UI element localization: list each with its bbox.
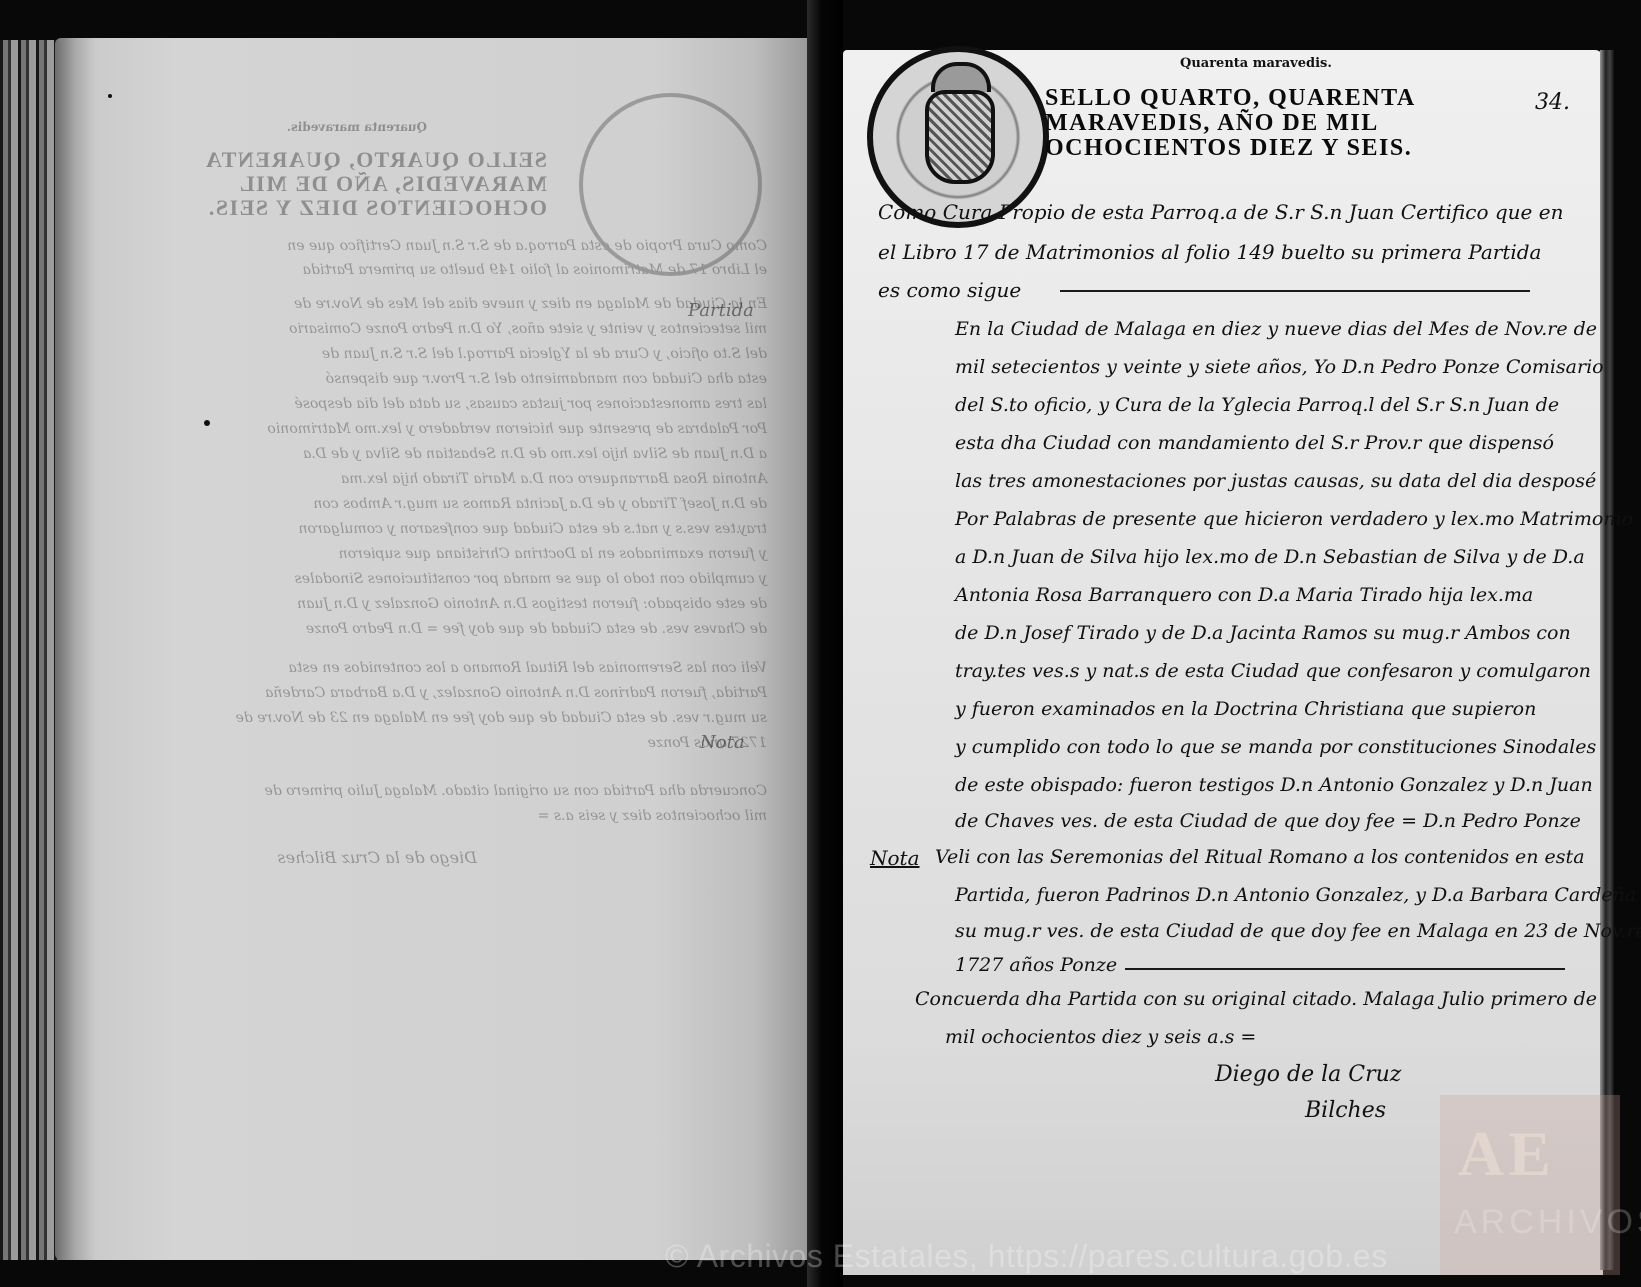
mirror-signature: Diego de la Cruz Bilches [277,848,477,867]
entry-line: las tres amonestaciones por justas causa… [955,470,1596,492]
entry-line: En la Ciudad de Malaga en diez y nueve d… [955,318,1597,340]
stamp-line: ochocientos diez y seis. [1045,136,1515,161]
copyright-watermark: © Archivos Estatales, https://pares.cult… [665,1238,1388,1275]
archive-logo-watermark: AE ARCHIVOS [1440,1095,1620,1275]
mirror-text-line: de este obispado: fueron testigos D.n An… [297,596,767,612]
certification-line: mil ochocientos diez y seis a.s = [945,1026,1256,1048]
header-line: es como sigue [878,278,1021,302]
nota-margin-label: Nota [870,846,920,870]
entry-line: Antonia Rosa Barranquero con D.a Maria T… [955,584,1533,606]
archive-logo-icon: AE [1458,1117,1555,1191]
note-line: Partida, fueron Padrinos D.n Antonio Gon… [955,884,1636,906]
left-page-bleed-through: Quarenta maravedis. Sello quarto, quaren… [55,38,807,1260]
stamped-paper-header: Sello quarto, quarenta maravedis, año de… [1045,86,1515,161]
stamp-line: Sello quarto, quarenta [1045,86,1515,111]
book-edge-right [1600,50,1614,1270]
mirror-text-line: tray.tes ves.s y nat.s de esta Ciudad qu… [298,521,767,537]
entry-line: Por Palabras de presente que hicieron ve… [955,508,1633,530]
entry-line: y cumplido con todo lo que se manda por … [955,736,1596,758]
stamp-value-line: Quarenta maravedis. [1180,56,1332,71]
entry-line: mil setecientos y veinte y siete años, Y… [955,356,1604,378]
book-gutter [807,0,843,1287]
line-filler-rule [1060,290,1530,292]
mirror-stamp-line: ochocientos diez y seis. [117,196,547,220]
signature-surname: Bilches [1305,1098,1386,1123]
mirror-stamp-line: Sello quarto, quarenta [117,148,547,172]
note-line: 1727 años Ponze [955,954,1117,976]
entry-line: del S.to oficio, y Cura de la Yglecia Pa… [955,394,1559,416]
mirror-text-line: su mug.r ves. de esta Ciudad de que doy … [236,710,767,726]
coat-of-arms-icon [925,90,995,184]
ink-spot [108,94,112,98]
certification-line: Concuerda dha Partida con su original ci… [915,988,1597,1010]
mirror-text-line: a D.n Juan de Silva hijo lex.mo de D.n S… [303,446,767,462]
entry-line: tray.tes ves.s y nat.s de esta Ciudad qu… [955,660,1591,682]
mirror-text-line: y cumplido con todo lo que se manda por … [295,571,767,587]
book-edge-left [0,40,60,1260]
margin-note-nota: Nota [700,732,745,753]
folio-number: 34. [1535,90,1570,115]
header-line: Como Cura Propio de esta Parroq.a de S.r… [878,200,1563,224]
crown-icon [931,62,991,92]
entry-line: de Chaves ves. de esta Ciudad de que doy… [955,810,1581,832]
mirror-text-line: mil ochocientos diez y seis a.s = [538,808,767,824]
mirror-stamp-title: Sello quarto, quarenta maravedis, año de… [117,148,547,220]
ink-spot [204,420,210,426]
entry-line: esta dha Ciudad con mandamiento del S.r … [955,432,1554,454]
header-line: el Libro 17 de Matrimonios al folio 149 … [878,240,1541,264]
mirror-stamp-line: maravedis, año de mil [117,172,547,196]
note-line: Veli con las Seremonias del Ritual Roman… [935,846,1585,868]
mirror-text-line: esta dha Ciudad con mandamiento del S.r … [326,371,767,387]
note-line: su mug.r ves. de esta Ciudad de que doy … [955,920,1641,942]
mirror-text-line: Concuerda dha Partida con su original ci… [264,783,767,799]
signature-name: Diego de la Cruz [1215,1062,1401,1087]
entry-line: de este obispado: fueron testigos D.n An… [955,774,1593,796]
entry-line: de D.n Josef Tirado y de D.a Jacinta Ram… [955,622,1571,644]
mirror-text-line: el Libro 17 de Matrimonios al folio 149 … [303,262,767,278]
mirror-text-line: Por Palabras de presente que hicieron ve… [267,421,767,437]
line-filler-rule [1125,968,1565,970]
mirror-text-line: del S.to oficio, y Cura de la Yglecia Pa… [322,346,767,362]
mirror-text-line: las tres amonestaciones por justas causa… [295,396,767,412]
entry-line: a D.n Juan de Silva hijo lex.mo de D.n S… [955,546,1585,568]
archive-logo-text: ARCHIVOS [1454,1203,1641,1242]
stamp-line: maravedis, año de mil [1045,111,1515,136]
mirror-text-line: y fueron examinados en la Doctrina Chris… [339,546,767,562]
mirror-text-line: de D.n Josef Tirado y de D.a Jacinta Ram… [313,496,767,512]
mirror-text-line: Como Cura Propio de esta Parroq.a de S.r… [287,238,767,254]
mirror-text-line: Partida, fueron Padrinos D.n Antonio Gon… [265,685,767,701]
mirror-text-line: Veli con las Seremonias del Ritual Roman… [288,660,767,676]
mirror-text-line: mil setecientos y veinte y siete años, Y… [289,321,767,337]
mirror-stamp-small: Quarenta maravedis. [287,120,427,134]
margin-note-partida: Partida [688,300,754,321]
mirror-text-line: Antonia Rosa Barranquero con D.a Maria T… [341,471,767,487]
entry-line: y fueron examinados en la Doctrina Chris… [955,698,1536,720]
mirror-text-line: de Chaves ves. de esta Ciudad de que doy… [306,621,767,637]
